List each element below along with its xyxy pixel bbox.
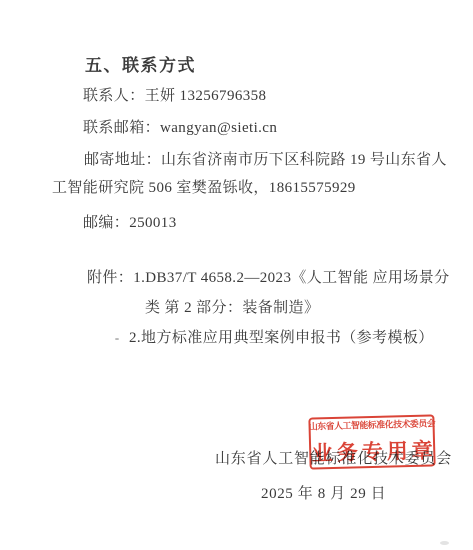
attachments-line-1: 附件：1.DB37/T 4658.2—2023《人工智能 应用场景分 xyxy=(87,269,450,287)
attachments-line-3: 2.地方标准应用典型案例申报书（参考模板） xyxy=(129,329,434,347)
scan-artifact-smudge xyxy=(440,541,449,545)
contact-person-line: 联系人：王妍 13256796358 xyxy=(83,87,266,105)
document-page: 五、联系方式 联系人：王妍 13256796358 联系邮箱：wangyan@s… xyxy=(0,0,473,550)
seal-org-line: 山东省人工智能标准化技术委员会 xyxy=(308,418,435,433)
signature-date: 2025 年 8 月 29 日 xyxy=(261,485,386,503)
postal-code-line: 邮编：250013 xyxy=(83,214,177,232)
mailing-address-line-2: 工智能研究院 506 室樊盈铄收，18615575929 xyxy=(52,179,356,197)
section-heading: 五、联系方式 xyxy=(85,51,196,76)
contact-email-line: 联系邮箱：wangyan@sieti.cn xyxy=(83,119,277,137)
seal-title: 业务专用章 xyxy=(308,440,438,464)
official-seal: 山东省人工智能标准化技术委员会 业务专用章 xyxy=(308,414,435,469)
attachments-line-2: 类 第 2 部分：装备制造》 xyxy=(145,299,319,317)
mailing-address-line-1: 邮寄地址：山东省济南市历下区科院路 19 号山东省人 xyxy=(84,151,447,169)
scan-artifact-dot xyxy=(115,338,119,340)
